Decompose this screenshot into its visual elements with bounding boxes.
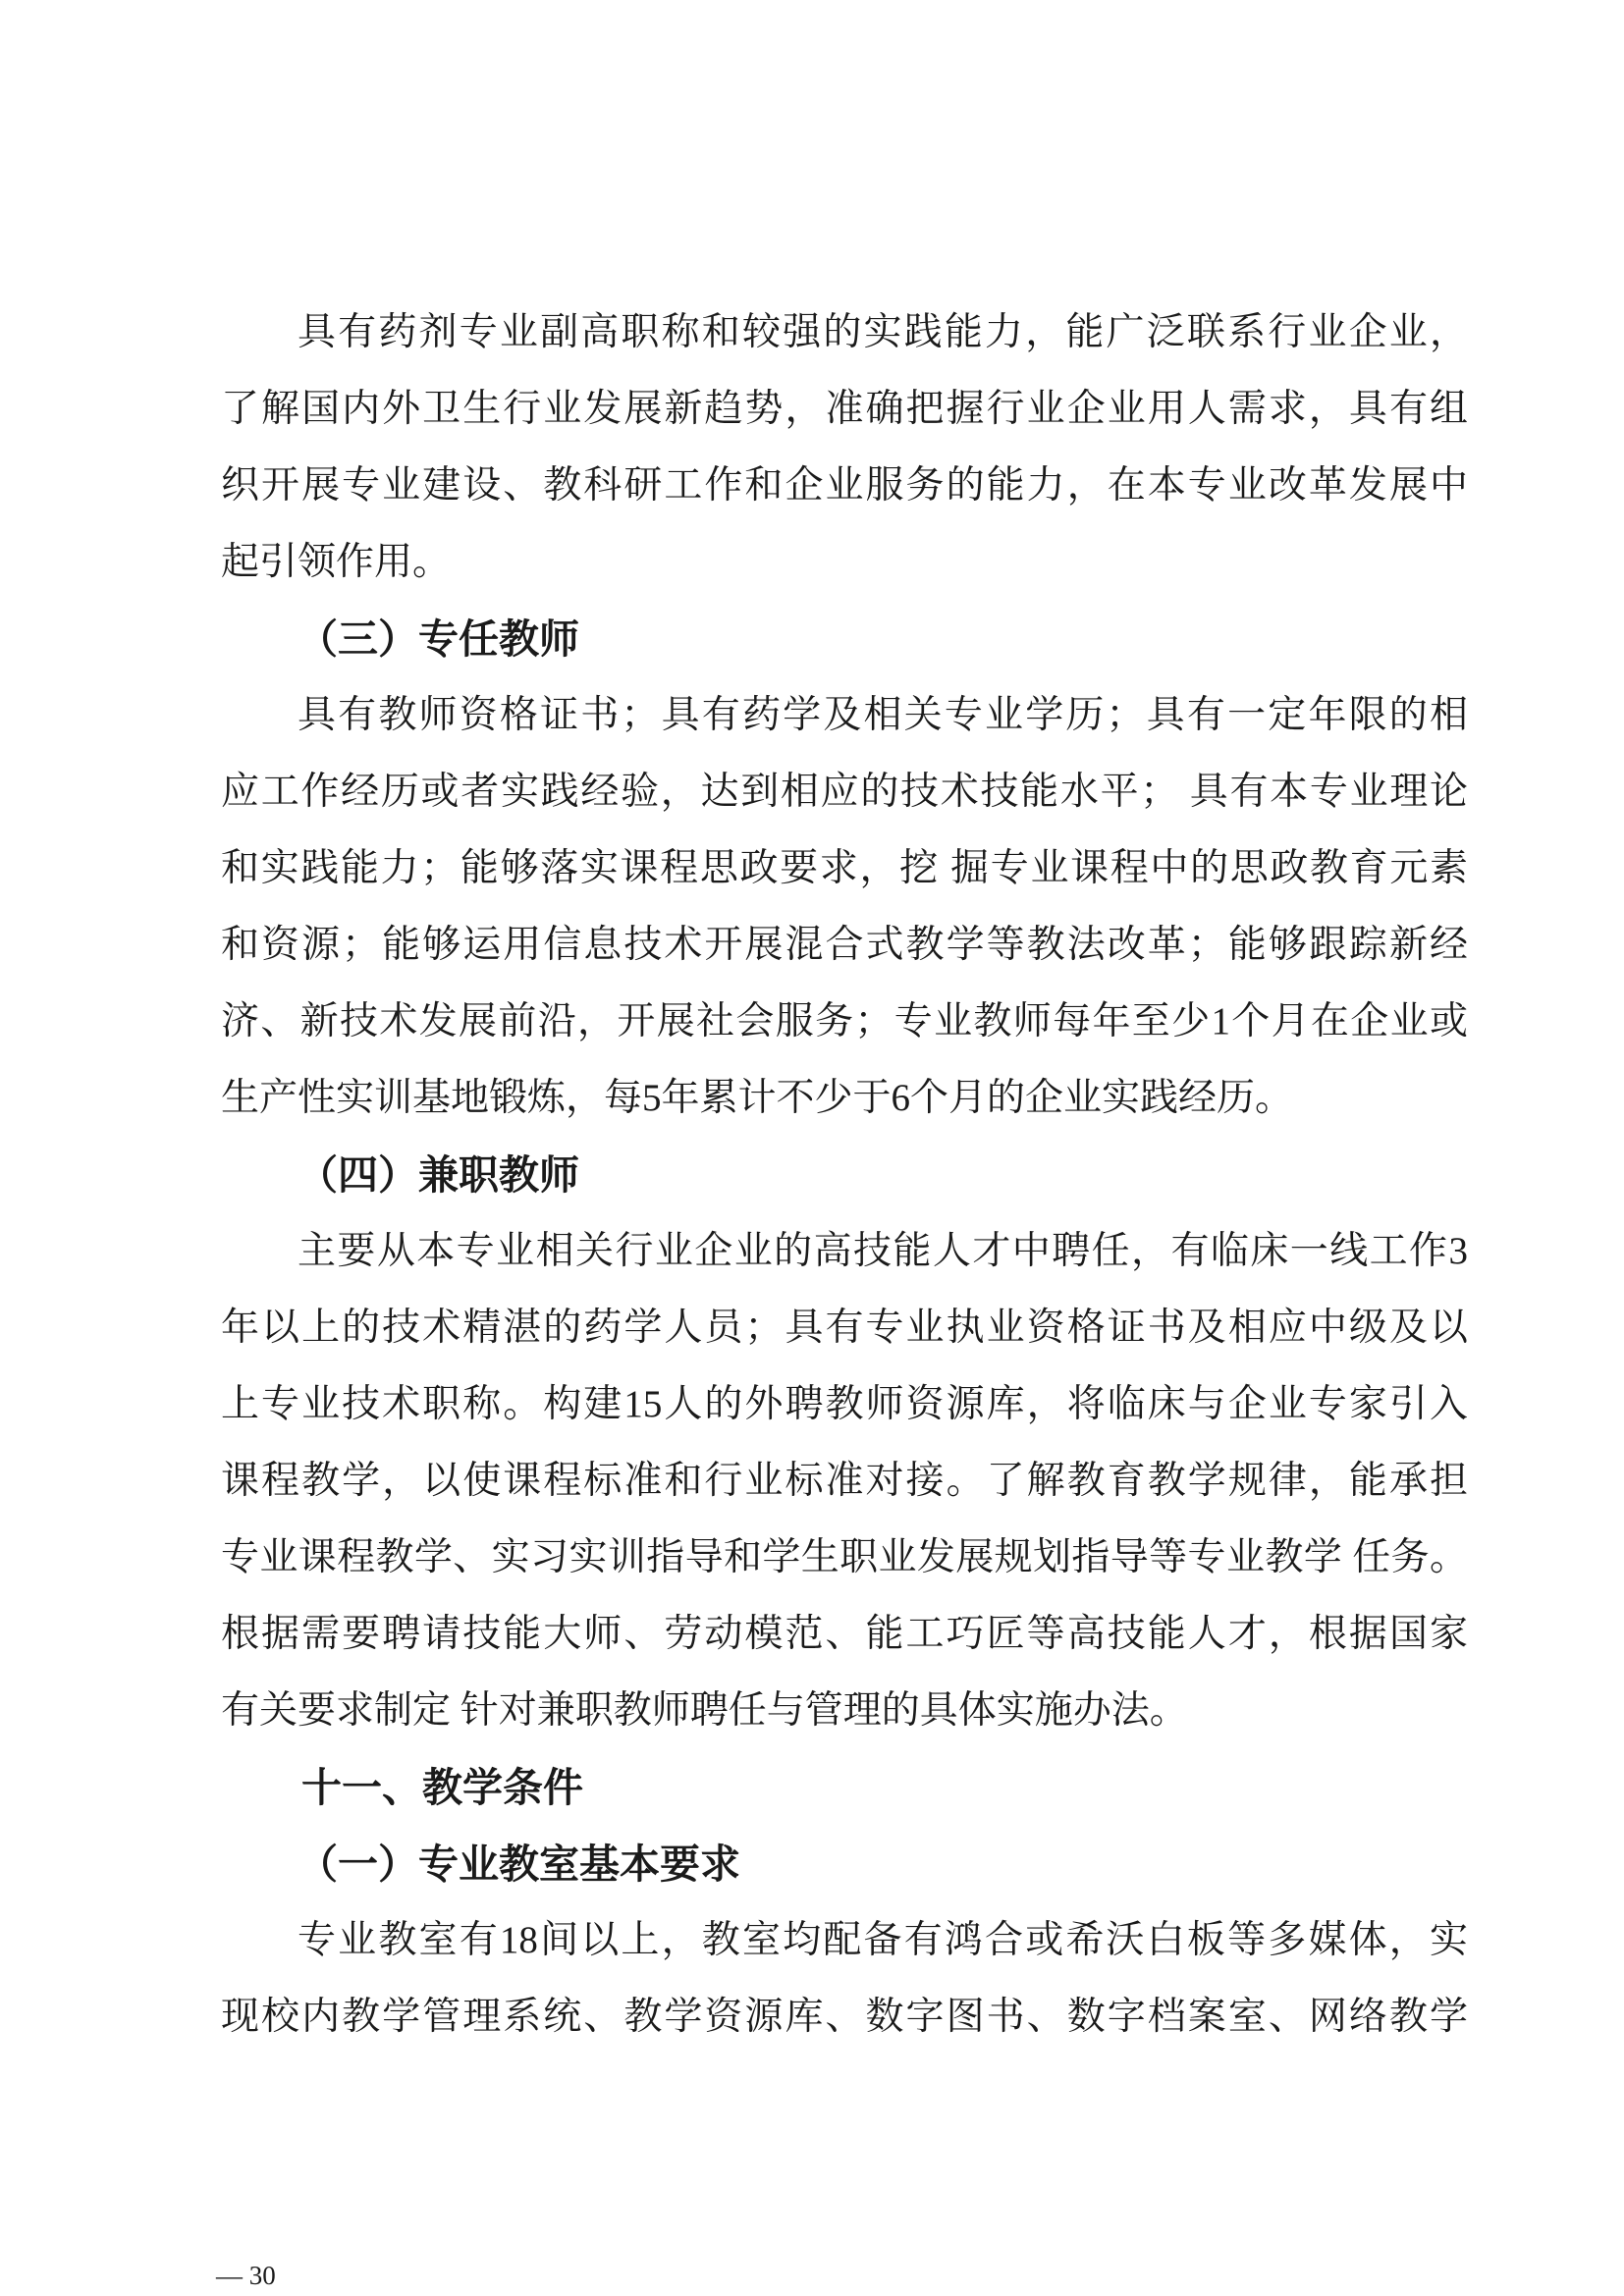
- para-drug-program-leader-line: 起引领作用。: [221, 524, 1468, 601]
- document-text-block: 具有药剂专业副高职称和较强的实践能力，能广泛联系行业企业，了解国内外卫生行业发展…: [221, 294, 1468, 2056]
- para-part-time-teachers-line: 主要从本专业相关行业企业的高技能人才中聘任，有临床一线工作3: [221, 1213, 1468, 1290]
- para-full-time-teachers-line: 济、新技术发展前沿，开展社会服务；专业教师每年至少1个月在企业或: [221, 984, 1468, 1060]
- para-part-time-teachers-line: 有关要求制定 针对兼职教师聘任与管理的具体实施办法。: [221, 1673, 1468, 1749]
- para-drug-program-leader-line: 了解国内外卫生行业发展新趋势，准确把握行业企业用人需求，具有组: [221, 371, 1468, 448]
- para-full-time-teachers-line: 和实践能力；能够落实课程思政要求，挖 掘专业课程中的思政教育元素: [221, 830, 1468, 907]
- para-part-time-teachers-line: 课程教学，以使课程标准和行业标准对接。了解教育教学规律，能承担: [221, 1443, 1468, 1520]
- para-full-time-teachers-line: 应工作经历或者实践经验，达到相应的技术技能水平； 具有本专业理论: [221, 754, 1468, 830]
- page-footer: — 30: [216, 2256, 276, 2295]
- para-full-time-teachers-line: 具有教师资格证书；具有药学及相关专业学历；具有一定年限的相: [221, 677, 1468, 754]
- page-number: — 30: [216, 2261, 276, 2290]
- document-page: 具有药剂专业副高职称和较强的实践能力，能广泛联系行业企业，了解国内外卫生行业发展…: [0, 0, 1624, 2296]
- para-drug-program-leader-line: 织开展专业建设、教科研工作和企业服务的能力，在本专业改革发展中: [221, 448, 1468, 524]
- para-part-time-teachers-line: 上专业技术职称。构建15人的外聘教师资源库，将临床与企业专家引入: [221, 1366, 1468, 1443]
- para-part-time-teachers-line: 专业课程教学、实习实训指导和学生职业发展规划指导等专业教学 任务。: [221, 1520, 1468, 1596]
- para-full-time-teachers-line: 和资源；能够运用信息技术开展混合式教学等教法改革；能够跟踪新经: [221, 907, 1468, 984]
- heading-part-time-teachers: （四）兼职教师: [221, 1137, 1468, 1213]
- para-part-time-teachers-line: 年以上的技术精湛的药学人员；具有专业执业资格证书及相应中级及以: [221, 1290, 1468, 1366]
- heading-full-time-teachers: （三）专任教师: [221, 601, 1468, 677]
- heading-teaching-conditions: 十一、教学条件: [221, 1749, 1468, 1826]
- para-drug-program-leader-line: 具有药剂专业副高职称和较强的实践能力，能广泛联系行业企业，: [221, 294, 1468, 371]
- para-classroom-requirements-line: 专业教室有18间以上，教室均配备有鸿合或希沃白板等多媒体，实: [221, 1902, 1468, 1979]
- para-part-time-teachers-line: 根据需要聘请技能大师、劳动模范、能工巧匠等高技能人才，根据国家: [221, 1596, 1468, 1673]
- para-classroom-requirements-line: 现校内教学管理系统、教学资源库、数字图书、数字档案室、网络教学: [221, 1979, 1468, 2056]
- para-full-time-teachers-line: 生产性实训基地锻炼，每5年累计不少于6个月的企业实践经历。: [221, 1060, 1468, 1137]
- heading-classroom-requirements: （一）专业教室基本要求: [221, 1826, 1468, 1902]
